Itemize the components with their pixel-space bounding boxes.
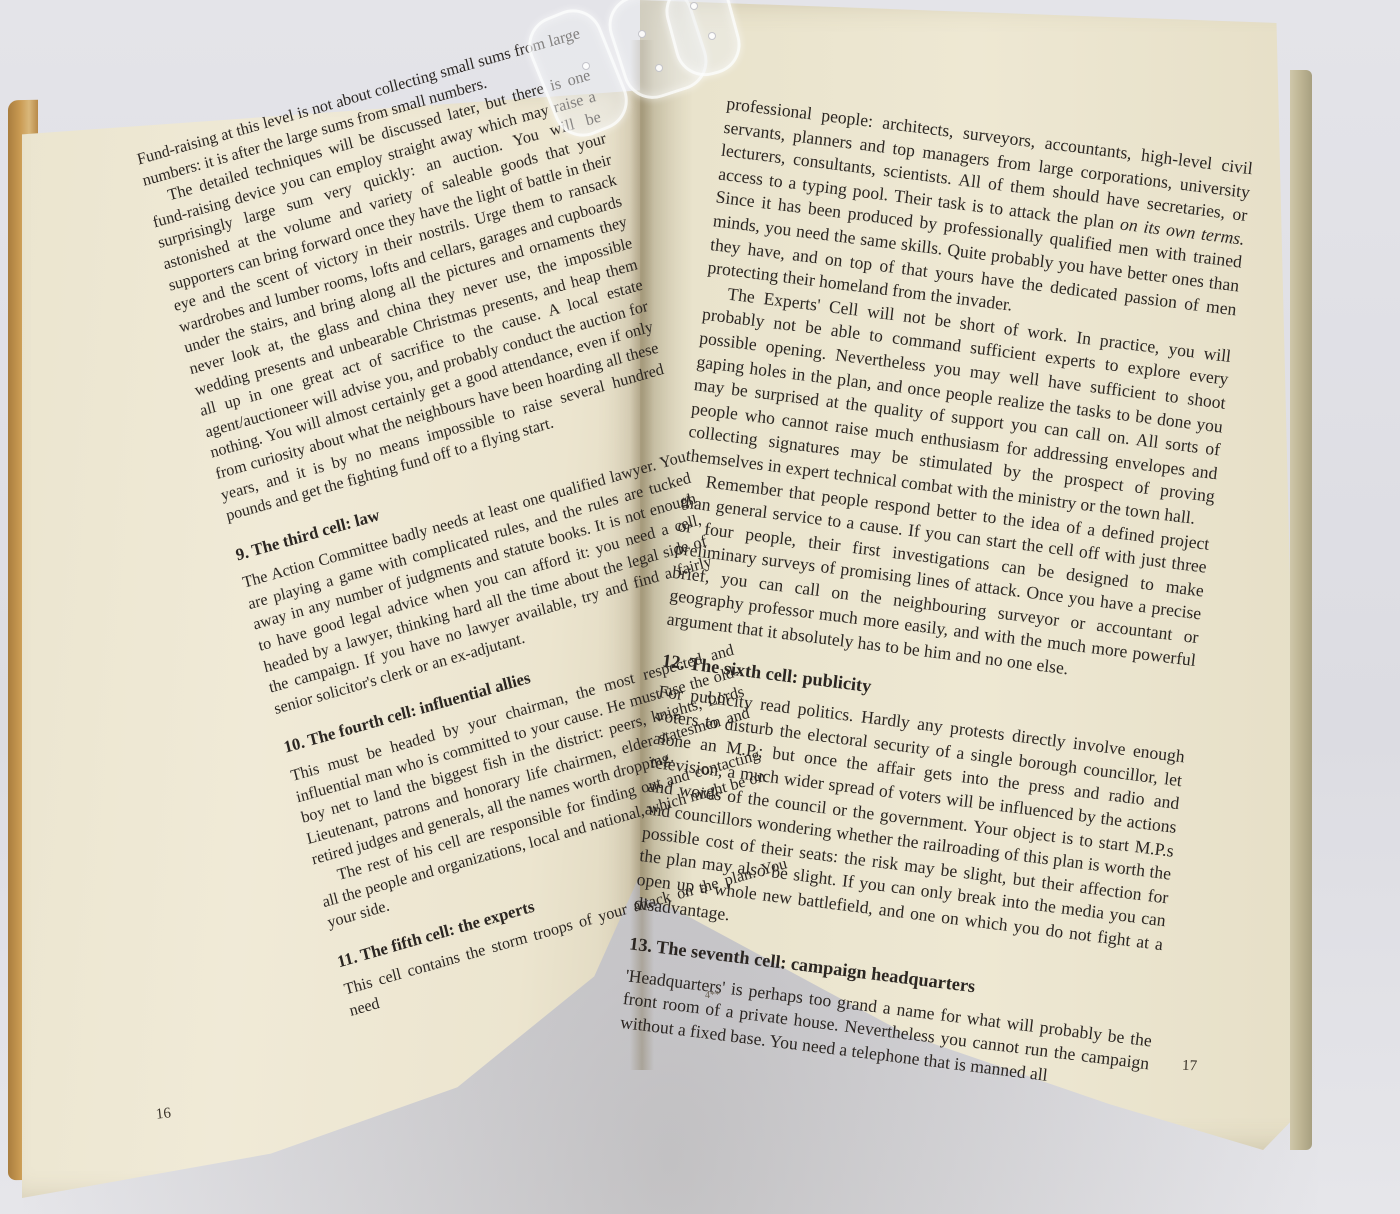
page-number: 17 [1182, 1058, 1198, 1076]
right-page-text: professional people: architects, surveyo… [619, 92, 1254, 1100]
page-number: 16 [155, 1105, 172, 1123]
clip-rivet [690, 2, 698, 10]
clip-rivet [708, 32, 716, 40]
page-clip-icon [520, 0, 730, 140]
printer-signature-mark: 4** [705, 990, 720, 1001]
clip-rivet [655, 64, 663, 72]
clip-rivet [582, 62, 590, 70]
right-page-edges [1290, 70, 1312, 1150]
clip-rivet [638, 30, 646, 38]
